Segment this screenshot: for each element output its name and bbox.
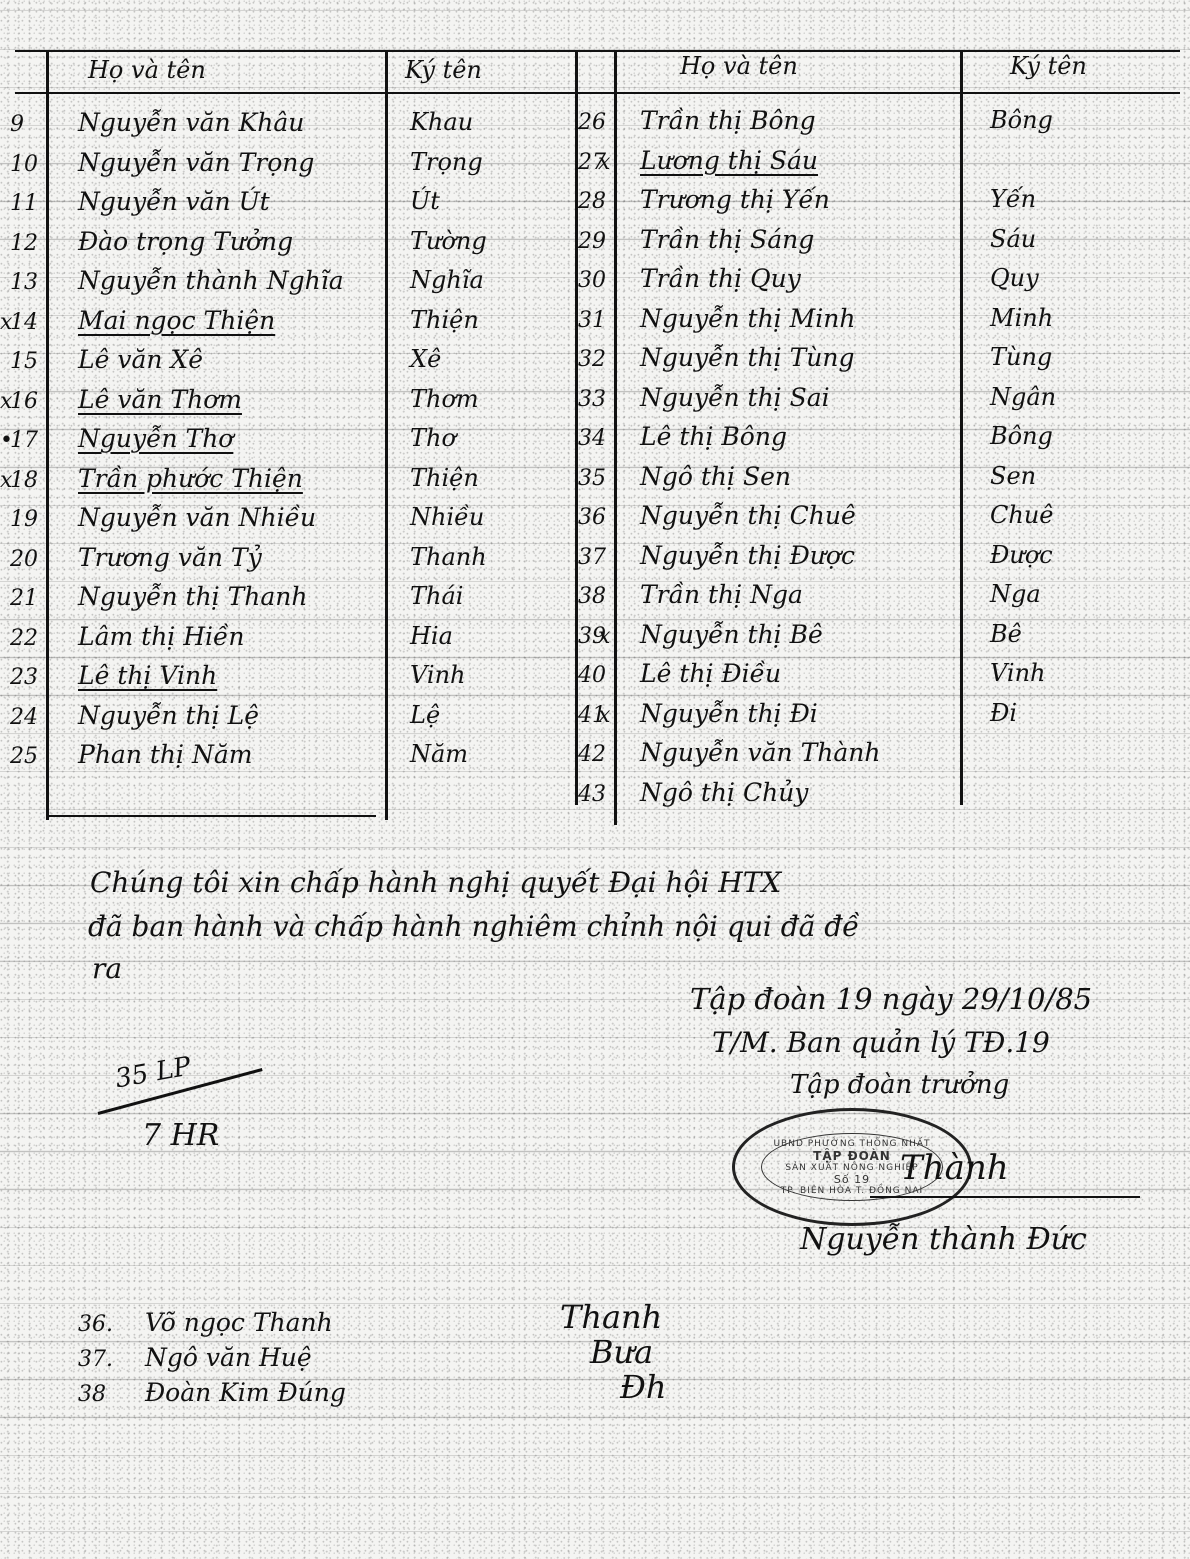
row-signature: Bông	[990, 422, 1053, 450]
row-name: Lê thị Vinh	[78, 661, 217, 690]
row-signature: Nghĩa	[410, 266, 484, 294]
row-number: 12	[10, 231, 38, 256]
row-name: Lê văn Xê	[78, 345, 203, 374]
row-signature: Sáu	[990, 225, 1036, 253]
stamp-center-text: TẬP ĐOÀN	[813, 1149, 891, 1163]
row-signature: Năm	[410, 740, 468, 768]
row-number: 36	[578, 505, 606, 530]
left-header-signature: Ký tên	[405, 56, 482, 84]
row-number: 37.	[78, 1347, 113, 1372]
row-number: 25	[10, 744, 38, 769]
row-signature: Quy	[990, 264, 1039, 292]
row-number: 24	[10, 705, 38, 730]
row-signature: Bông	[990, 106, 1053, 134]
row-signature: Thiện	[410, 306, 479, 334]
row-number: 23	[10, 665, 38, 690]
row-signature: Ngân	[990, 383, 1056, 411]
row-name: Đào trọng Tưởng	[78, 227, 293, 256]
statement-line-1: Chúng tôi xin chấp hành nghị quyết Đại h…	[90, 866, 781, 899]
row-signature: Được	[990, 541, 1053, 569]
row-signature: Thanh	[560, 1298, 662, 1336]
row-name: Lương thị Sáu	[640, 146, 818, 175]
row-number: 13	[10, 270, 38, 295]
row-signature: Đi	[990, 699, 1017, 727]
row-number: 15	[10, 349, 38, 374]
row-name: Nguyễn thị Được	[640, 541, 855, 570]
row-signature: Vinh	[990, 659, 1046, 687]
row-name: Trần thị Bông	[640, 106, 816, 135]
row-number: 30	[578, 268, 606, 293]
row-signature: Sen	[990, 462, 1036, 490]
row-number: 26	[578, 110, 606, 135]
row-number: 14	[10, 310, 38, 335]
row-name: Trần thị Sáng	[640, 225, 814, 254]
row-signature: Minh	[990, 304, 1053, 332]
row-signature: Bê	[990, 620, 1022, 648]
row-number: 11	[10, 191, 38, 216]
row-number: 43	[578, 782, 606, 807]
stamp-bottom-text: TP. BIÊN HÒA T. ĐỒNG NAI	[781, 1186, 923, 1196]
statement-line-2: đã ban hành và chấp hành nghiêm chỉnh nộ…	[88, 910, 859, 943]
row-signature: Thanh	[410, 543, 487, 571]
table-header-border	[15, 92, 1180, 94]
head-printed-name: Nguyễn thành Đức	[800, 1222, 1087, 1257]
row-number: 16	[10, 389, 38, 414]
head-signature-stroke	[870, 1196, 1140, 1198]
right-header-name: Họ và tên	[680, 52, 798, 80]
row-number: 22	[10, 626, 38, 651]
row-name: Nguyễn thị Lệ	[78, 701, 259, 730]
row-signature: Xê	[410, 345, 441, 373]
row-number: 18	[10, 468, 38, 493]
row-signature: Trọng	[410, 148, 483, 176]
left-header-name: Họ và tên	[88, 56, 206, 84]
row-signature: Lệ	[410, 701, 440, 729]
left-table-bottom	[46, 815, 376, 817]
row-name: Phan thị Năm	[78, 740, 252, 769]
row-number: 36.	[78, 1312, 113, 1337]
right-header-signature: Ký tên	[1010, 52, 1087, 80]
row-name: Nguyễn thị Tùng	[640, 343, 855, 372]
right-sig-divider	[960, 50, 963, 805]
row-number: 41	[578, 703, 606, 728]
row-signature: Thiện	[410, 464, 479, 492]
row-number: 38	[578, 584, 606, 609]
row-name: Nguyễn thành Nghĩa	[78, 266, 344, 295]
row-number: 10	[10, 152, 38, 177]
row-signature: Vinh	[410, 661, 466, 689]
row-number: 17	[10, 428, 38, 453]
left-sig-divider	[385, 50, 388, 820]
row-name: Nguyễn văn Nhiều	[78, 503, 316, 532]
row-name: Nguyễn Thơ	[78, 424, 233, 453]
row-name: Trần thị Nga	[640, 580, 803, 609]
row-name: Trần phước Thiện	[78, 464, 303, 493]
row-number: 39	[578, 624, 606, 649]
row-signature: Đh	[620, 1368, 666, 1406]
statement-line-3: ra	[92, 952, 122, 985]
row-signature: Thơ	[410, 424, 456, 452]
row-number: 29	[578, 229, 606, 254]
row-name: Nguyễn văn Khâu	[78, 108, 304, 137]
row-number: 21	[10, 586, 38, 611]
row-name: Ngô thị Sen	[640, 462, 791, 491]
stamp-middle-text: SẢN XUẤT NÔNG NGHIỆP	[785, 1163, 918, 1173]
right-num-divider	[614, 50, 617, 825]
row-number: 40	[578, 663, 606, 688]
row-signature: Tường	[410, 227, 487, 255]
dateline-board: T/M. Ban quản lý TĐ.19	[712, 1026, 1050, 1059]
dateline-place-date: Tập đoàn 19 ngày 29/10/85	[690, 982, 1092, 1016]
row-number: 34	[578, 426, 606, 451]
row-number: 38	[78, 1382, 106, 1407]
row-signature: Bưa	[590, 1333, 653, 1371]
row-name: Nguyễn thị Minh	[640, 304, 855, 333]
row-number: 28	[578, 189, 606, 214]
row-signature: Hia	[410, 622, 453, 650]
row-name: Nguyễn văn Trọng	[78, 148, 314, 177]
row-name: Trần thị Quy	[640, 264, 801, 293]
row-name: Lê thị Điều	[640, 659, 781, 688]
row-number: 20	[10, 547, 38, 572]
stamp-number: Số 19	[834, 1173, 870, 1186]
row-name: Đoàn Kim Đúng	[145, 1378, 346, 1407]
row-signature: Thơm	[410, 385, 479, 413]
dateline-title: Tập đoàn trưởng	[790, 1070, 1009, 1100]
row-name: Nguyễn thị Chuê	[640, 501, 856, 530]
row-number: 33	[578, 387, 606, 412]
row-signature: Thái	[410, 582, 463, 610]
row-name: Trương thị Yến	[640, 185, 830, 214]
row-name: Nguyễn thị Đi	[640, 699, 818, 728]
row-name: Nguyễn thị Sai	[640, 383, 830, 412]
row-name: Nguyễn văn Thành	[640, 738, 881, 767]
row-number: 37	[578, 545, 606, 570]
row-signature: Tùng	[990, 343, 1052, 371]
row-signature: Khau	[410, 108, 473, 136]
row-name: Lâm thị Hiền	[78, 622, 245, 651]
row-number: 42	[578, 742, 606, 767]
row-name: Nguyễn thị Thanh	[78, 582, 308, 611]
row-signature: Nga	[990, 580, 1041, 608]
row-number: 31	[578, 308, 606, 333]
row-signature: Út	[410, 187, 440, 215]
row-name: Mai ngọc Thiện	[78, 306, 275, 335]
row-signature: Yến	[990, 185, 1036, 213]
row-signature: Nhiều	[410, 503, 484, 531]
table-top-border	[15, 50, 1180, 52]
row-number: 19	[10, 507, 38, 532]
row-number: 27	[578, 150, 606, 175]
left-num-divider	[46, 50, 49, 820]
row-name: Nguyễn thị Bê	[640, 620, 823, 649]
row-name: Ngô văn Huệ	[145, 1343, 312, 1372]
stamp-top-text: UBND PHƯỜNG THỐNG NHẤT	[773, 1139, 930, 1149]
row-number: 9	[10, 112, 24, 137]
row-name: Nguyễn văn Út	[78, 187, 270, 216]
tally-bottom: 7 HR	[142, 1118, 219, 1153]
row-name: Lê thị Bông	[640, 422, 787, 451]
row-number: 32	[578, 347, 606, 372]
row-signature: Chuê	[990, 501, 1053, 529]
row-name: Võ ngọc Thanh	[145, 1308, 333, 1337]
tally-top: 35 LP	[113, 1052, 193, 1095]
row-name: Lê văn Thơm	[78, 385, 242, 414]
row-name: Ngô thị Chủy	[640, 778, 808, 807]
row-name: Trương văn Tỷ	[78, 543, 262, 572]
row-number: 35	[578, 466, 606, 491]
